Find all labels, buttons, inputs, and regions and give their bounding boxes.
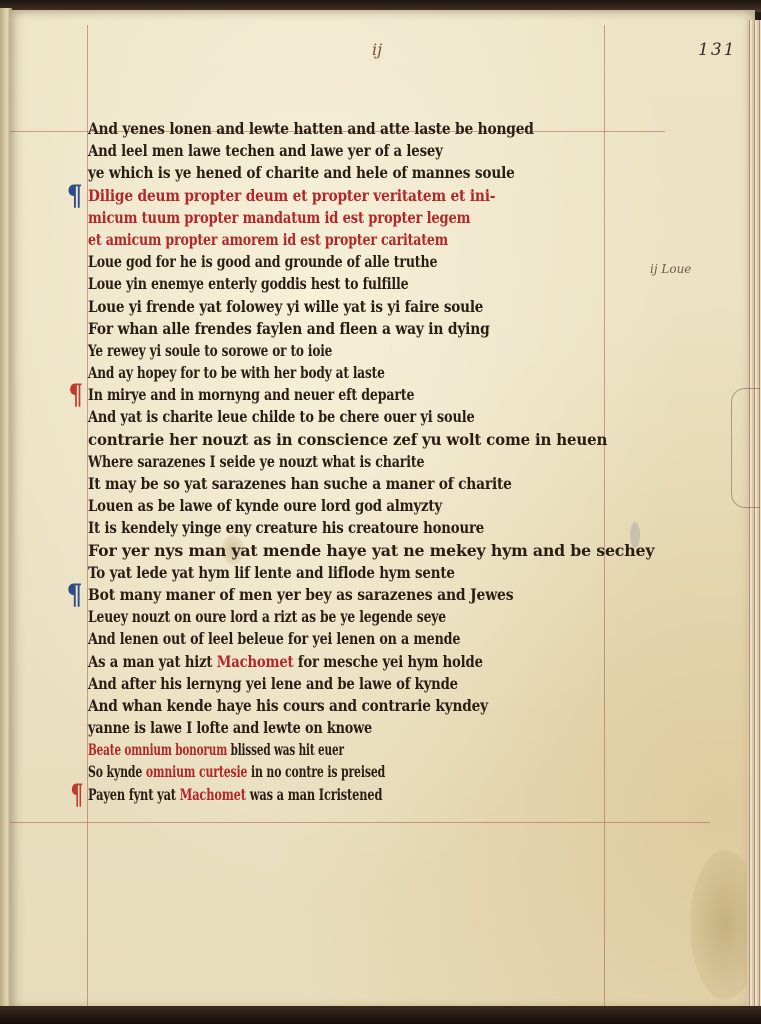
manuscript-line: It may be so yat sarazenes han suche a m… [88, 473, 656, 495]
line-text: Loue yin enemye enterly goddis hest to f… [88, 274, 408, 293]
manuscript-line: For whan alle frendes faylen and fleen a… [88, 318, 658, 340]
text-segment: As a man yat hizt [88, 652, 217, 671]
line-text: Leuey nouzt on oure lord a rizt as be ye… [88, 607, 446, 626]
manuscript-line: And yenes lonen and lewte hatten and att… [88, 118, 656, 140]
line-text: ye which is ye hened of charite and hele… [88, 163, 515, 182]
manuscript-line: And whan kende haye his cours and contra… [88, 695, 653, 717]
manuscript-line: It is kendely yinge eny creature his cre… [88, 517, 636, 539]
manuscript-line: Loue yi frende yat folowey yi wille yat … [88, 296, 648, 318]
quire-mark: ij [372, 40, 382, 59]
page-tab-marker [731, 388, 760, 508]
manuscript-line: yanne is lawe I lofte and lewte on knowe [88, 717, 618, 739]
manuscript-line: ¶Payen fynt yat Machomet was a man Icris… [88, 784, 558, 806]
manuscript-line: So kynde omnium curtesie in no contre is… [88, 761, 538, 783]
manuscript-line: As a man yat hizt Machomet for mesche ye… [88, 651, 633, 673]
line-text: And after his lernyng yei lene and be la… [88, 674, 458, 693]
folio-number: 131 [698, 40, 736, 60]
text-segment: blissed was hit euer [227, 740, 344, 759]
manuscript-line: et amicum propter amorem id est propter … [88, 229, 608, 251]
manuscript-scan: ij 131 ij Loue And yenes lonen and lewte… [0, 0, 761, 1024]
manuscript-line: To yat lede yat hym lif lente and liflod… [88, 562, 643, 584]
manuscript-line: contrarie her nouzt as in conscience zef… [88, 429, 708, 451]
line-text: And lenen out of leel beleue for yei len… [88, 629, 460, 648]
line-text: And ay hopey for to be with her body at … [88, 363, 385, 382]
line-text: And whan kende haye his cours and contra… [88, 696, 488, 715]
line-text: micum tuum propter mandatum id est propt… [88, 208, 470, 227]
line-text: yanne is lawe I lofte and lewte on knowe [88, 718, 372, 737]
manuscript-line: Where sarazenes I seide ye nouzt what is… [88, 451, 608, 473]
manuscript-line: And leel men lawe techen and lawe yer of… [88, 140, 636, 162]
manuscript-line: micum tuum propter mandatum id est propt… [88, 207, 628, 229]
line-text: And yat is charite leue childe to be che… [88, 407, 475, 426]
rubric-segment: Machomet [180, 785, 246, 804]
binding-bottom-edge [0, 1006, 761, 1024]
line-text: et amicum propter amorem id est propter … [88, 230, 448, 249]
line-text: For yer nys man yat mende haye yat ne me… [88, 541, 654, 560]
line-text: Loue yi frende yat folowey yi wille yat … [88, 297, 483, 316]
manuscript-line: ¶Bot many maner of men yer bey as saraze… [88, 584, 663, 606]
text-segment: was a man Icristened [246, 785, 382, 804]
paraph-mark-icon: ¶ [67, 183, 83, 209]
line-text: Loue god for he is good and grounde of a… [88, 252, 437, 271]
manuscript-line: Ye rewey yi soule to sorowe or to ioie [88, 340, 588, 362]
rubric-segment: Beate omnium bonorum [88, 740, 227, 759]
line-text: It may be so yat sarazenes han suche a m… [88, 474, 512, 493]
line-text: For whan alle frendes faylen and fleen a… [88, 319, 490, 338]
line-text: And leel men lawe techen and lawe yer of… [88, 141, 443, 160]
manuscript-line: And after his lernyng yei lene and be la… [88, 673, 633, 695]
text-block: And yenes lonen and lewte hatten and att… [88, 118, 728, 806]
manuscript-line: Louen as be lawe of kynde oure lord god … [88, 495, 636, 517]
line-text: Bot many maner of men yer bey as sarazen… [88, 585, 513, 604]
text-segment: in no contre is preised [247, 762, 385, 781]
line-text: Where sarazenes I seide ye nouzt what is… [88, 452, 424, 471]
manuscript-line: And lenen out of leel beleue for yei len… [88, 628, 613, 650]
manuscript-line: Loue god for he is good and grounde of a… [88, 251, 608, 273]
rubric-segment: Machomet [217, 652, 294, 671]
manuscript-line: And ay hopey for to be with her body at … [88, 362, 588, 384]
manuscript-line: ¶In mirye and in mornyng and neuer eft d… [88, 384, 608, 406]
manuscript-line: ye which is ye hened of charite and hele… [88, 162, 653, 184]
manuscript-line: Loue yin enemye enterly goddis hest to f… [88, 273, 608, 295]
line-text: contrarie her nouzt as in conscience zef… [88, 430, 607, 449]
text-segment: for mesche yei hym holde [293, 652, 482, 671]
manuscript-line: Beate omnium bonorum blissed was hit eue… [88, 739, 518, 761]
line-text: To yat lede yat hym lif lente and liflod… [88, 563, 455, 582]
page-edges-right [747, 20, 761, 1010]
manuscript-line: Leuey nouzt on oure lord a rizt as be ye… [88, 606, 598, 628]
paraph-mark-icon: ¶ [66, 582, 82, 608]
line-text: Louen as be lawe of kynde oure lord god … [88, 496, 442, 515]
line-text: Ye rewey yi soule to sorowe or to ioie [88, 341, 332, 360]
manuscript-line: For yer nys man yat mende haye yat ne me… [88, 540, 740, 562]
paraph-mark-icon: ¶ [69, 382, 83, 408]
line-text: And yenes lonen and lewte hatten and att… [88, 119, 534, 138]
line-text: Dilige deum propter deum et propter veri… [88, 186, 495, 205]
manuscript-line: ¶Dilige deum propter deum et propter ver… [88, 185, 656, 207]
text-segment: Payen fynt yat [88, 785, 180, 804]
line-text: It is kendely yinge eny creature his cre… [88, 518, 484, 537]
rubric-segment: omnium curtesie [146, 762, 247, 781]
ruling-bottom [10, 822, 710, 823]
paraph-mark-icon: ¶ [70, 782, 83, 808]
text-segment: So kynde [88, 762, 146, 781]
manuscript-line: And yat is charite leue childe to be che… [88, 406, 623, 428]
line-text: In mirye and in mornyng and neuer eft de… [88, 385, 414, 404]
